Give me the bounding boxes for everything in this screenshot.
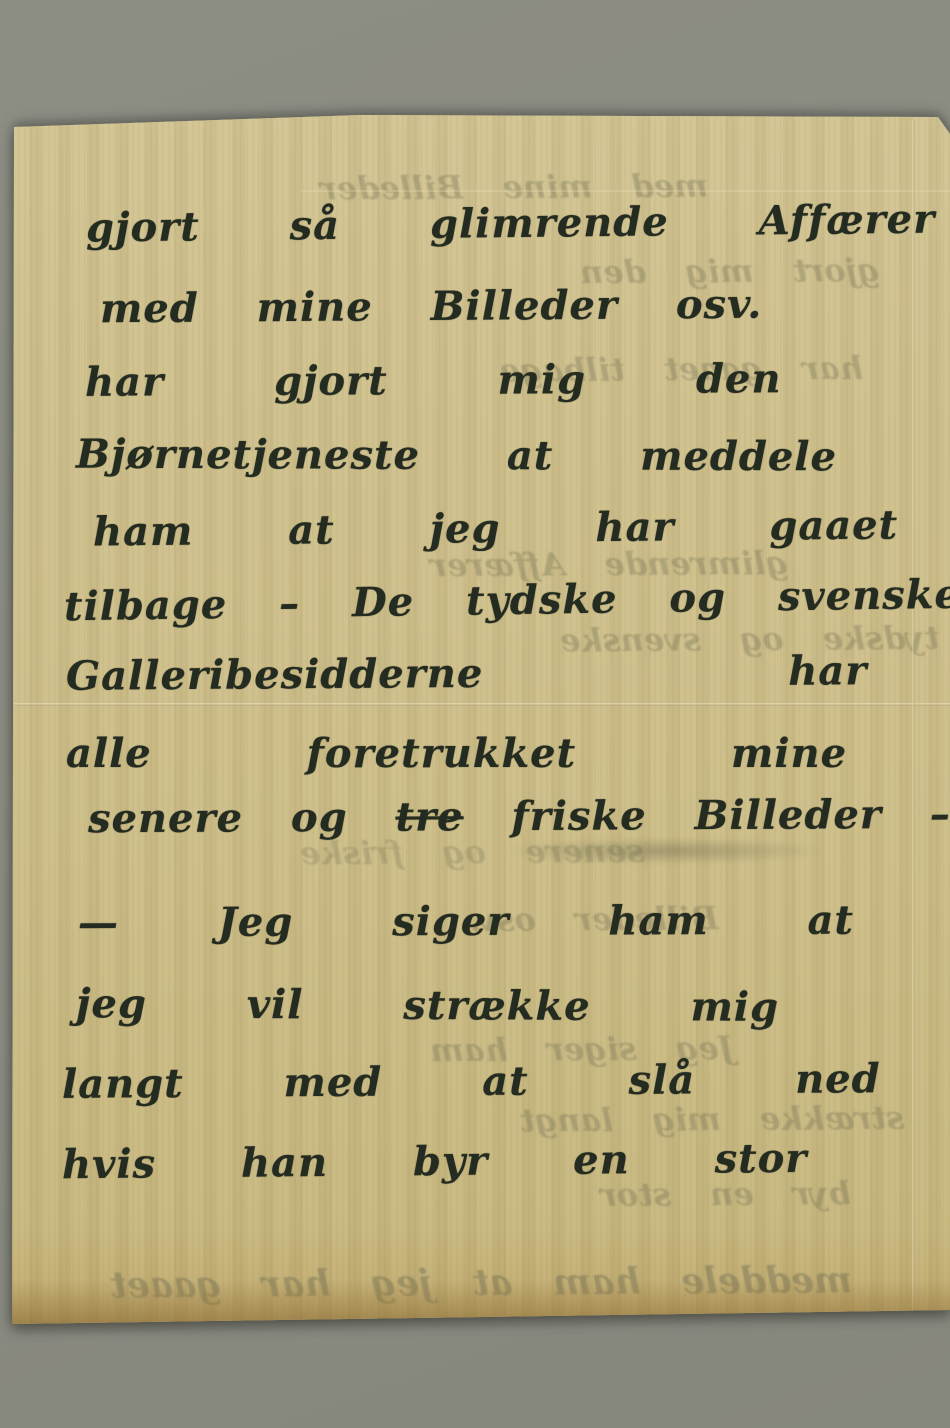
- fold-crease-horizontal: [14, 703, 950, 706]
- bleed-through-line: strække mig langt: [520, 1099, 904, 1140]
- handwritten-line-3: har gjort mig den: [85, 355, 782, 406]
- handwritten-line-7: Galleribesidderne har: [66, 647, 868, 700]
- handwritten-line-13: hvis han byr en stor: [62, 1135, 808, 1189]
- fold-crease-top: [300, 190, 950, 192]
- line-9-post: friske Billeder –: [511, 791, 950, 840]
- handwritten-line-4: Bjørnetjeneste at meddele: [76, 431, 837, 481]
- handwritten-line-10: — Jeg siger ham at: [78, 897, 854, 947]
- handwritten-line-2: med mine Billeder osv.: [100, 281, 763, 333]
- ink-smudge: [505, 838, 825, 864]
- line-9-pre: senere og: [88, 794, 348, 842]
- letter-paper-shadow: med mine Billeder gjort mig den har gaae…: [0, 0, 950, 1428]
- handwritten-line-1: gjort så glimrende Affærer: [86, 196, 936, 252]
- handwritten-line-11: jeg vil strække mig: [76, 980, 779, 1031]
- photo-background: med mine Billeder gjort mig den har gaae…: [0, 0, 950, 1428]
- handwritten-line-8: alle foretrukket mine: [66, 730, 847, 777]
- handwritten-line-9: senere og tre friske Billeder –: [88, 791, 950, 843]
- handwritten-line-12: langt med at slå ned: [62, 1055, 881, 1108]
- fold-crease-vertical: [912, 120, 915, 1318]
- letter-paper: med mine Billeder gjort mig den har gaae…: [0, 0, 950, 1428]
- paper-bottom-edge: [12, 1280, 950, 1324]
- handwritten-line-5: ham at jeg har gaaet: [93, 501, 899, 555]
- line-9-struck-word: tre: [395, 793, 463, 840]
